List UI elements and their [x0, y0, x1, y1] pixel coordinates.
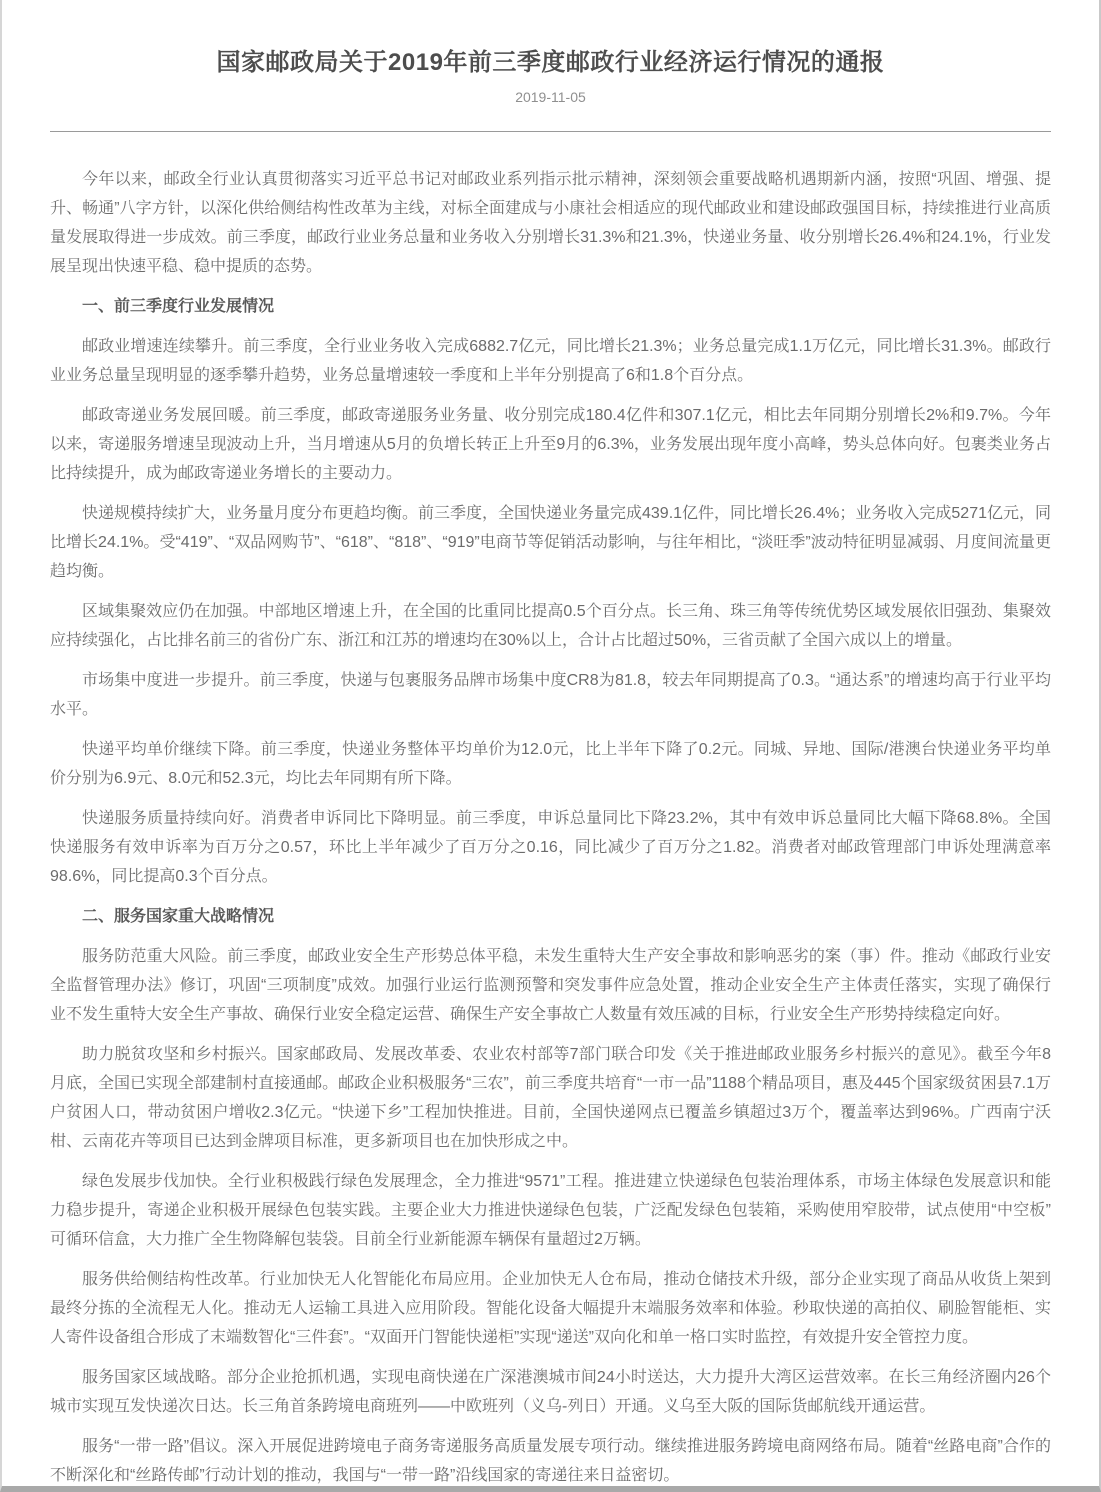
section-1-paragraph-1: 邮政业增速连续攀升。前三季度，全行业业务收入完成6882.7亿元，同比增长21.… — [50, 332, 1051, 390]
section-2-heading: 二、服务国家重大战略情况 — [50, 902, 1051, 931]
publish-date: 2019-11-05 — [50, 88, 1051, 106]
header-divider — [50, 131, 1051, 132]
document-header: 国家邮政局关于2019年前三季度邮政行业经济运行情况的通报 2019-11-05 — [50, 46, 1051, 106]
document-page: 国家邮政局关于2019年前三季度邮政行业经济运行情况的通报 2019-11-05… — [0, 0, 1101, 1492]
intro-paragraph: 今年以来，邮政全行业认真贯彻落实习近平总书记对邮政业系列指示批示精神，深刻领会重… — [50, 165, 1051, 281]
page-title: 国家邮政局关于2019年前三季度邮政行业经济运行情况的通报 — [50, 46, 1051, 80]
document-body: 今年以来，邮政全行业认真贯彻落实习近平总书记对邮政业系列指示批示精神，深刻领会重… — [50, 165, 1051, 1490]
section-1-paragraph-3: 快递规模持续扩大，业务量月度分布更趋均衡。前三季度，全国快递业务量完成439.1… — [50, 499, 1051, 586]
section-2-paragraph-5: 服务国家区域战略。部分企业抢抓机遇，实现电商快递在广深港澳城市间24小时送达，大… — [50, 1363, 1051, 1421]
section-2-paragraph-6: 服务“一带一路”倡议。深入开展促进跨境电子商务寄递服务高质量发展专项行动。继续推… — [50, 1432, 1051, 1490]
section-1-paragraph-7: 快递服务质量持续向好。消费者申诉同比下降明显。前三季度，申诉总量同比下降23.2… — [50, 804, 1051, 891]
section-1-paragraph-5: 市场集中度进一步提升。前三季度，快递与包裹服务品牌市场集中度CR8为81.8，较… — [50, 666, 1051, 724]
section-2-paragraph-4: 服务供给侧结构性改革。行业加快无人化智能化布局应用。企业加快无人仓布局，推动仓储… — [50, 1265, 1051, 1352]
document-content: 国家邮政局关于2019年前三季度邮政行业经济运行情况的通报 2019-11-05… — [2, 46, 1099, 1490]
section-1-heading: 一、前三季度行业发展情况 — [50, 292, 1051, 321]
section-1-paragraph-6: 快递平均单价继续下降。前三季度，快递业务整体平均单价为12.0元，比上半年下降了… — [50, 735, 1051, 793]
section-2-paragraph-1: 服务防范重大风险。前三季度，邮政业安全生产形势总体平稳，未发生重特大生产安全事故… — [50, 942, 1051, 1029]
section-1-paragraph-2: 邮政寄递业务发展回暖。前三季度，邮政寄递服务业务量、收分别完成180.4亿件和3… — [50, 401, 1051, 488]
section-1-paragraph-4: 区域集聚效应仍在加强。中部地区增速上升，在全国的比重同比提高0.5个百分点。长三… — [50, 597, 1051, 655]
section-2-paragraph-2: 助力脱贫攻坚和乡村振兴。国家邮政局、发展改革委、农业农村部等7部门联合印发《关于… — [50, 1040, 1051, 1156]
section-2-paragraph-3: 绿色发展步伐加快。全行业积极践行绿色发展理念，全力推进“9571”工程。推进建立… — [50, 1167, 1051, 1254]
